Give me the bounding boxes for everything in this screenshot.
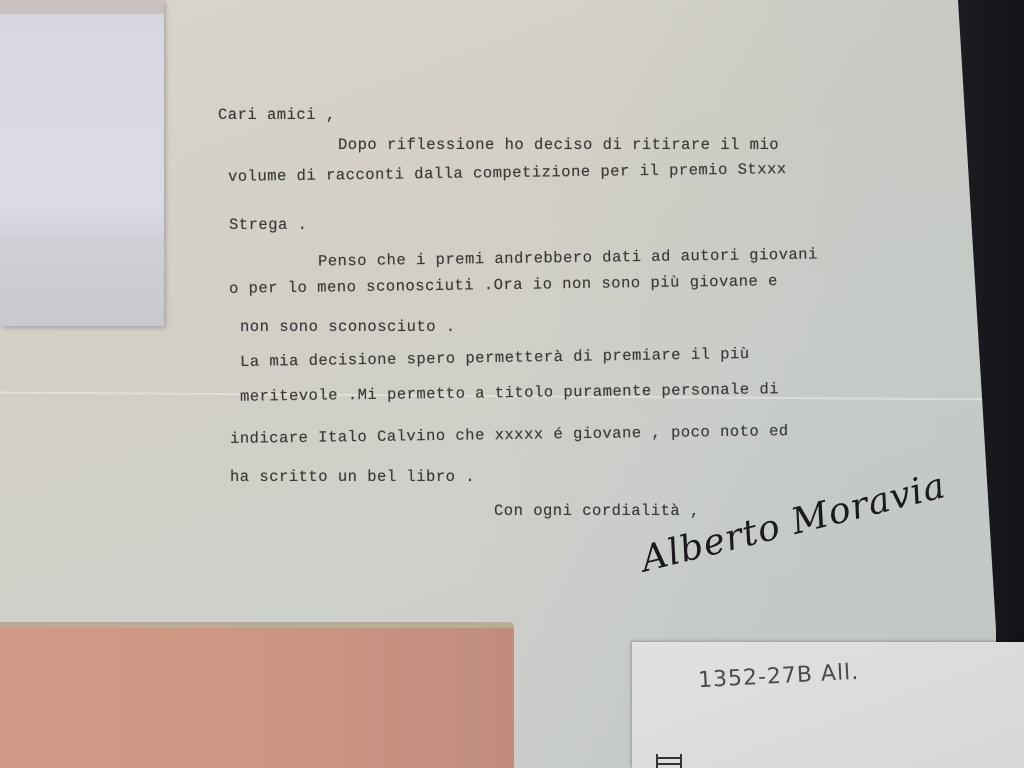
card-top-strip [0,0,164,14]
archive-reference: 1352-27B All. [697,660,859,693]
pink-folder-card [0,622,514,768]
letter-closing: Con ogni cordialità , [494,502,700,520]
letter-line-3: Strega . [229,216,307,234]
letter-line-6: non sono sconosciuto . [240,318,456,336]
ladder-mark-icon [656,754,682,768]
letter-line-10: ha scritto un bel libro . [230,468,475,486]
archive-note-card: 1352-27B All. [632,642,1024,768]
letter-line-1: Dopo riflessione ho deciso di ritirare i… [338,136,779,154]
letter-salutation: Cari amici , [218,106,336,124]
white-card-overlay [0,0,164,326]
card-lower-section [0,238,164,326]
